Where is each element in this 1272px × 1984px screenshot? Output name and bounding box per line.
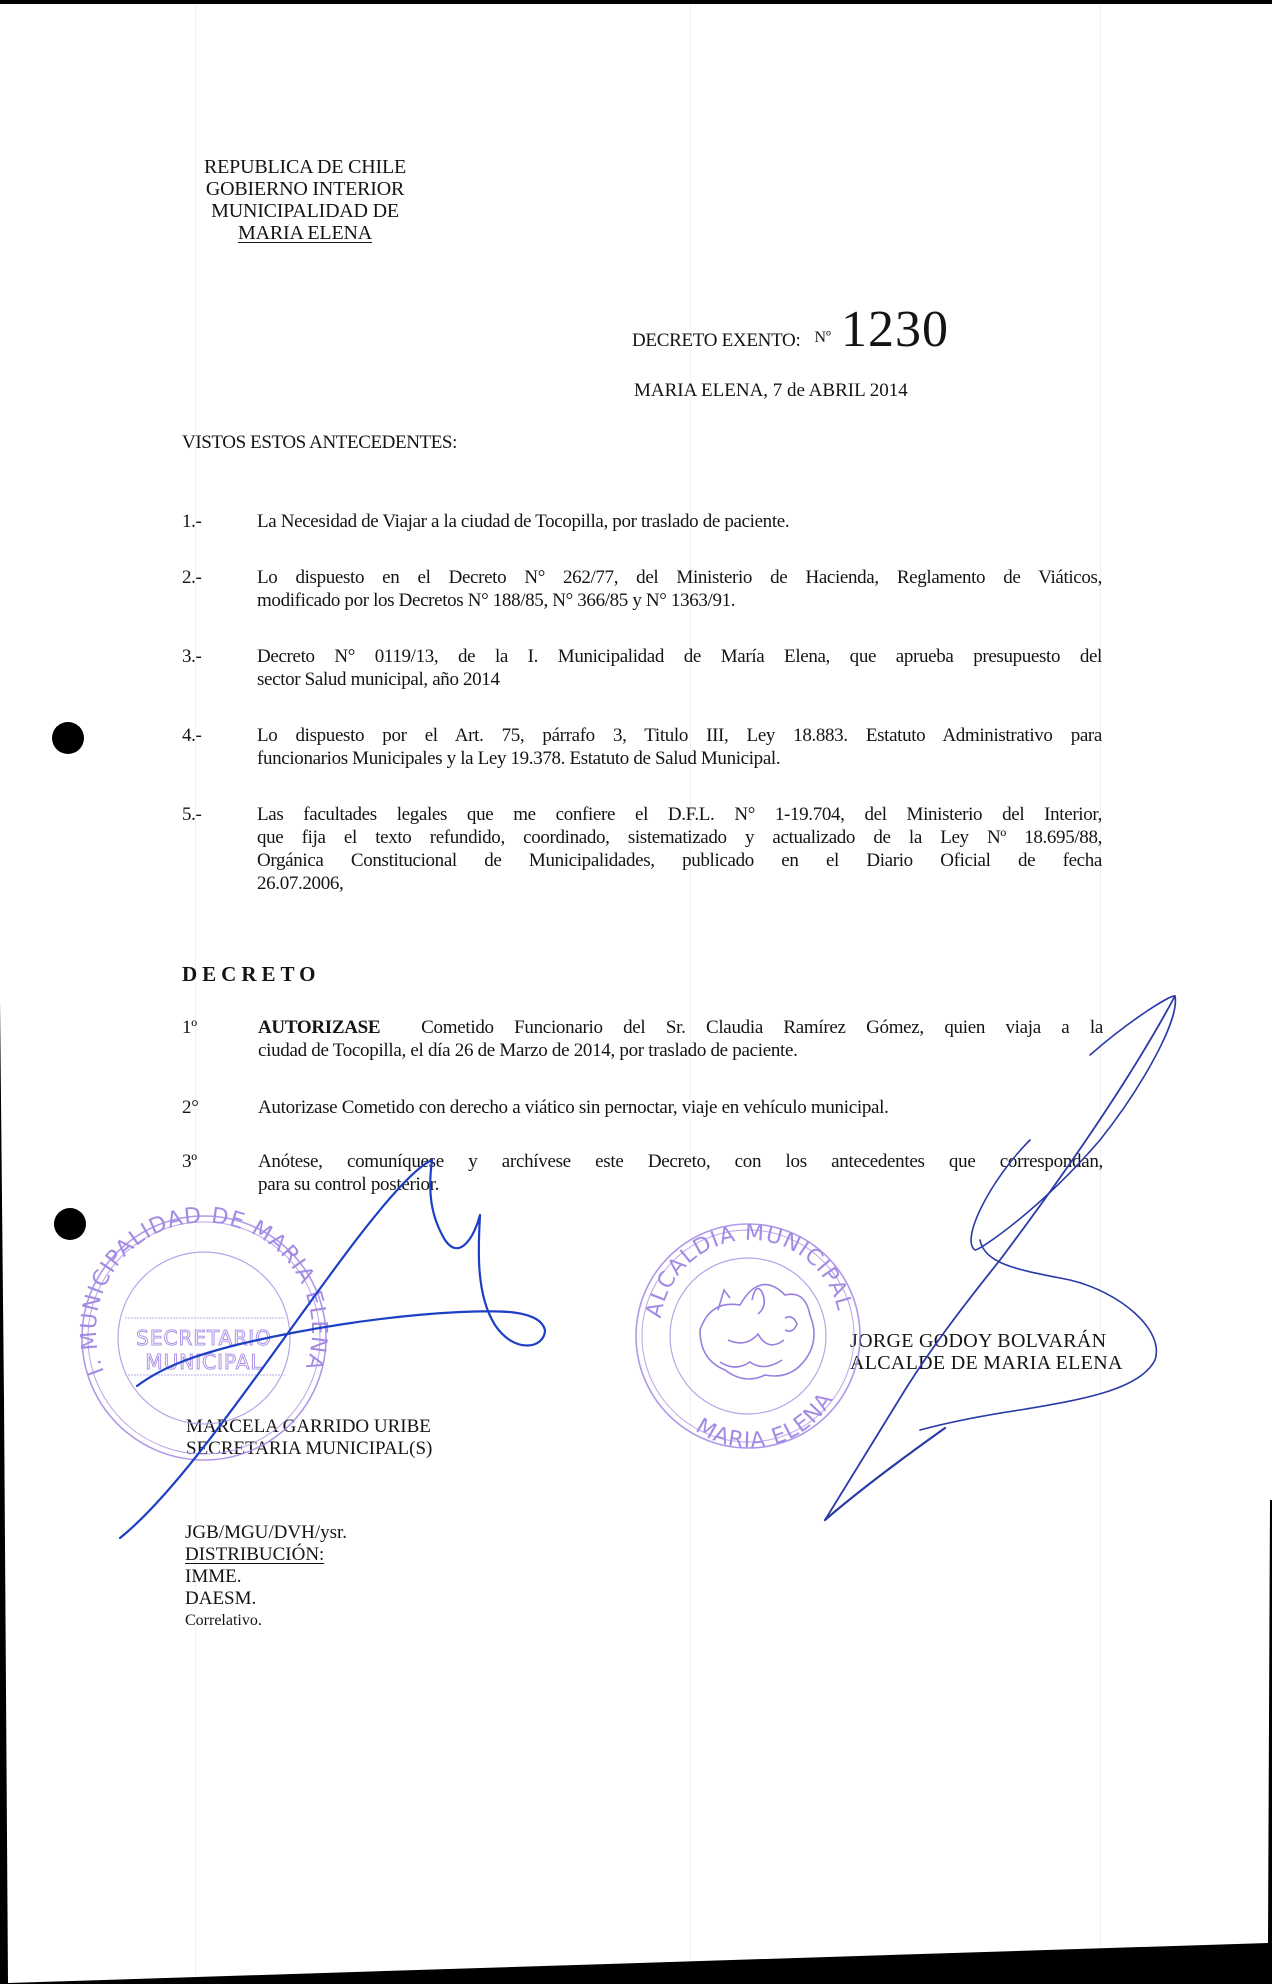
visto-item-text: 26.07.2006, <box>257 872 1102 895</box>
header-line-government: GOBIERNO INTERIOR <box>175 178 435 200</box>
mayor-stamp: ALCALDIA MUNICIPAL MARIA ELENA <box>636 1221 860 1454</box>
stamp-center-text: SECRETARIO <box>136 1326 272 1350</box>
stamp-center-text: MUNICIPAL <box>145 1350 262 1374</box>
stamp-outer-ring <box>636 1224 860 1448</box>
resolution-item-text: ciudad de Tocopilla, el día 26 de Marzo … <box>258 1039 1103 1062</box>
issuer-header: REPUBLICA DE CHILE GOBIERNO INTERIOR MUN… <box>175 156 435 244</box>
visto-item-text: modificado por los Decretos N° 188/85, N… <box>257 589 1102 612</box>
scan-artifact-line <box>195 0 196 1984</box>
scan-artifact-line <box>1100 0 1101 1984</box>
distribution-footer: JGB/MGU/DVH/ysr. DISTRIBUCIÓN: IMME. DAE… <box>185 1522 347 1632</box>
visto-item-number: 5.- <box>182 803 242 826</box>
header-line-country: REPUBLICA DE CHILE <box>175 156 435 178</box>
scan-top-edge <box>0 0 1272 4</box>
decree-label: DECRETO EXENTO: <box>632 330 800 351</box>
stamps-and-signatures: I. MUNICIPALIDAD DE MARIA ELENA SECRETAR… <box>0 0 1272 1984</box>
visto-item-number: 2.- <box>182 566 242 589</box>
visto-item-number: 1.- <box>182 510 242 533</box>
reference-initials: JGB/MGU/DVH/ysr. <box>185 1522 347 1544</box>
visto-item-text: Orgánica Constitucional de Municipalidad… <box>257 849 1102 872</box>
decree-number-line: DECRETO EXENTO: Nº 1230 <box>632 300 949 359</box>
mayor-name: JORGE GODOY BOLVARÁN <box>850 1330 1123 1352</box>
resolution-item-number: 3º <box>182 1150 197 1173</box>
secretary-signature-block: MARCELA GARRIDO URIBE SECRETARIA MUNICIP… <box>186 1416 432 1460</box>
place-date: MARIA ELENA, 7 de ABRIL 2014 <box>634 380 908 402</box>
visto-item-text: Lo dispuesto en el Decreto N° 262/77, de… <box>257 566 1102 589</box>
visto-item-number: 4.- <box>182 724 242 747</box>
mayor-title: ALCALDE DE MARIA ELENA <box>850 1352 1123 1374</box>
stamp-top-text: ALCALDIA MUNICIPAL <box>642 1221 857 1320</box>
visto-item-text: sector Salud municipal, año 2014 <box>257 668 1102 691</box>
mayor-signature <box>825 996 1175 1520</box>
header-line-municipality: MUNICIPALIDAD DE <box>175 200 435 222</box>
distribution-note: Correlativo. <box>185 1610 347 1632</box>
visto-item-text: funcionarios Municipales y la Ley 19.378… <box>257 747 1102 770</box>
visto-item-text: Lo dispuesto por el Art. 75, párrafo 3, … <box>257 724 1102 747</box>
secretary-title: SECRETARIA MUNICIPAL(S) <box>186 1438 432 1460</box>
stamp-ring-text: I. MUNICIPALIDAD DE MARIA ELENA <box>77 1203 332 1378</box>
vistos-heading: VISTOS ESTOS ANTECEDENTES: <box>182 432 457 454</box>
mayor-signature-block: JORGE GODOY BOLVARÁN ALCALDE DE MARIA EL… <box>850 1330 1123 1374</box>
header-line-city: MARIA ELENA <box>175 222 435 244</box>
resolution-item-text: Anótese, comuníquese y archívese este De… <box>258 1150 1103 1173</box>
visto-item-text: Decreto N° 0119/13, de la I. Municipalid… <box>257 645 1102 668</box>
secretary-name: MARCELA GARRIDO URIBE <box>186 1416 432 1438</box>
visto-item-text: La Necesidad de Viajar a la ciudad de To… <box>257 510 1102 533</box>
punch-hole <box>52 722 84 754</box>
punch-hole <box>54 1208 86 1240</box>
scanned-page: REPUBLICA DE CHILE GOBIERNO INTERIOR MUN… <box>0 0 1272 1984</box>
coat-of-arms-icon <box>700 1285 814 1379</box>
resolution-item-number: 1º <box>182 1016 197 1039</box>
distribution-heading: DISTRIBUCIÓN: <box>185 1544 347 1566</box>
decree-number: 1230 <box>841 301 949 358</box>
visto-item-number: 3.- <box>182 645 242 668</box>
resolution-item-text: Autorizase Cometido con derecho a viátic… <box>258 1096 1103 1119</box>
visto-item-text: Las facultades legales que me confiere e… <box>257 803 1102 826</box>
distribution-entry: DAESM. <box>185 1588 347 1610</box>
distribution-entry: IMME. <box>185 1566 347 1588</box>
visto-item-text: que fija el texto refundido, coordinado,… <box>257 826 1102 849</box>
stamp-bottom-text: MARIA ELENA <box>692 1388 839 1454</box>
decree-number-prefix: Nº <box>814 329 831 346</box>
resolution-item-number: 2° <box>182 1096 199 1119</box>
secretary-signature <box>120 1160 545 1538</box>
resolution-item-text: AUTORIZASE Cometido Funcionario del Sr. … <box>258 1016 1103 1039</box>
decreto-heading: DECRETO <box>182 962 320 987</box>
resolution-lead: AUTORIZASE <box>258 1017 380 1038</box>
resolution-item-text: para su control posterior. <box>258 1173 1103 1196</box>
scan-artifact-line <box>690 0 691 1984</box>
